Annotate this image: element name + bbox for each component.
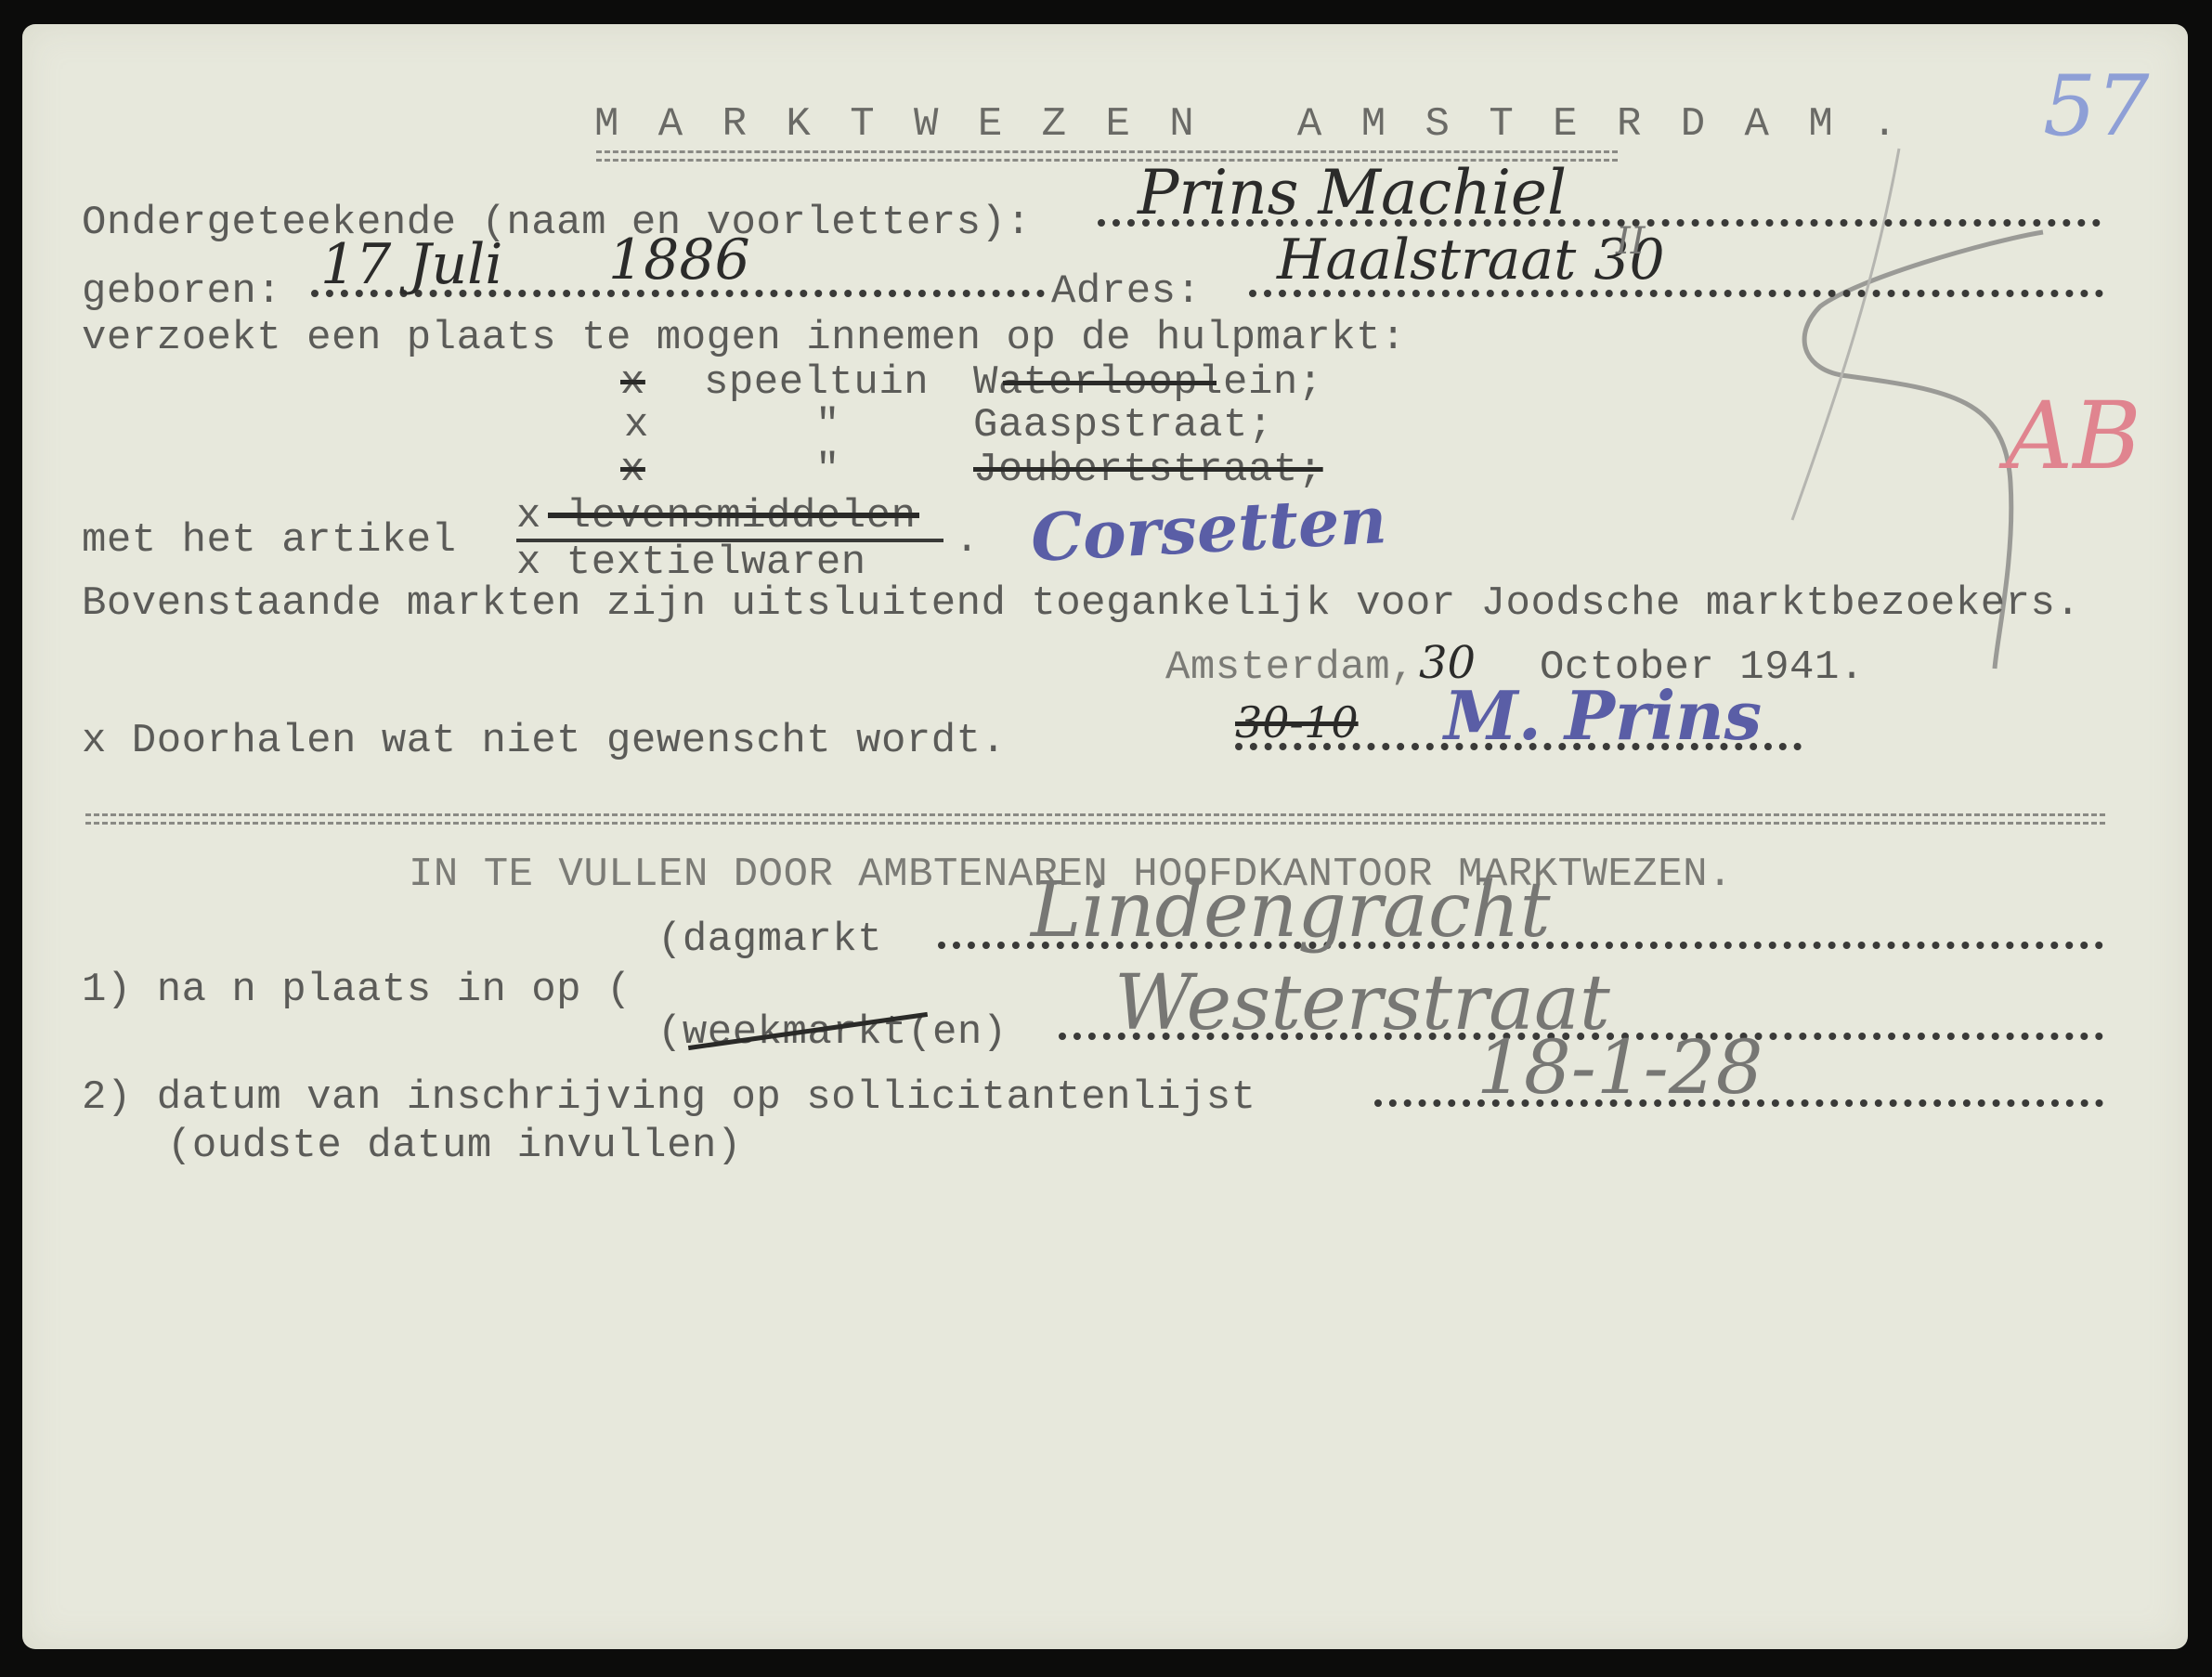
born-day-value[interactable]: 17 Juli (320, 237, 503, 292)
article-option-2[interactable]: x textielwaren (516, 542, 866, 583)
article-period: . (955, 520, 980, 561)
section-separator (85, 813, 2105, 825)
article-option-1-strikethrough (548, 513, 919, 518)
market-prefix-3: " (815, 449, 840, 490)
archive-number: 57 (2043, 65, 2150, 149)
market-prefix-2: " (815, 405, 840, 446)
born-label: geboren: (82, 271, 281, 312)
address-value[interactable]: Haalstraat 30 (1277, 232, 1665, 288)
item1-label: 1) na n plaats in op ( (82, 969, 631, 1010)
dagmarkt-value[interactable]: Lindengracht (1031, 873, 1551, 949)
address-floor[interactable]: II (1616, 223, 1646, 260)
red-pencil-mark: AB (2006, 390, 2141, 483)
market-name-3: Joubertstraat; (973, 449, 1323, 490)
article-handwritten-value[interactable]: Corsetten (1029, 487, 1387, 571)
born-year-value[interactable]: 1886 (608, 232, 750, 288)
request-line: verzoekt een plaats te mogen innemen op … (82, 318, 1406, 358)
article-label: met het artikel (82, 520, 457, 561)
signature-name[interactable]: M. Prins (1444, 682, 1762, 749)
dagmarkt-label: (dagmarkt (657, 919, 882, 960)
market-marker-1[interactable]: x (620, 362, 645, 403)
market-1-strikethrough (1003, 381, 1217, 385)
name-label: Ondergeteekende (naam en voorletters): (82, 202, 1031, 243)
name-value[interactable]: Prins Machiel (1138, 162, 1567, 224)
document-title: M A R K T W E Z E N A M S T E R D A M . (594, 104, 1905, 145)
market-prefix-1: speeltuin (704, 362, 929, 403)
market-marker-3[interactable]: x (620, 449, 645, 490)
footnote: x Doorhalen wat niet gewenscht wordt. (82, 721, 1006, 761)
item2-value[interactable]: 18-1-28 (1477, 1031, 1763, 1105)
date-place: Amsterdam, (1165, 647, 1415, 688)
market-marker-2[interactable]: x (624, 405, 649, 446)
address-label: Adres: (1051, 271, 1201, 312)
notice-text: Bovenstaande markten zijn uitsluitend to… (82, 583, 2080, 624)
item2-sub-label: (oudste datum invullen) (167, 1125, 742, 1166)
signature-struck-date: 30-10 (1235, 701, 1359, 744)
item2-label: 2) datum van inschrijving op sollicitant… (82, 1077, 1256, 1118)
market-name-2: Gaaspstraat; (973, 405, 1273, 446)
